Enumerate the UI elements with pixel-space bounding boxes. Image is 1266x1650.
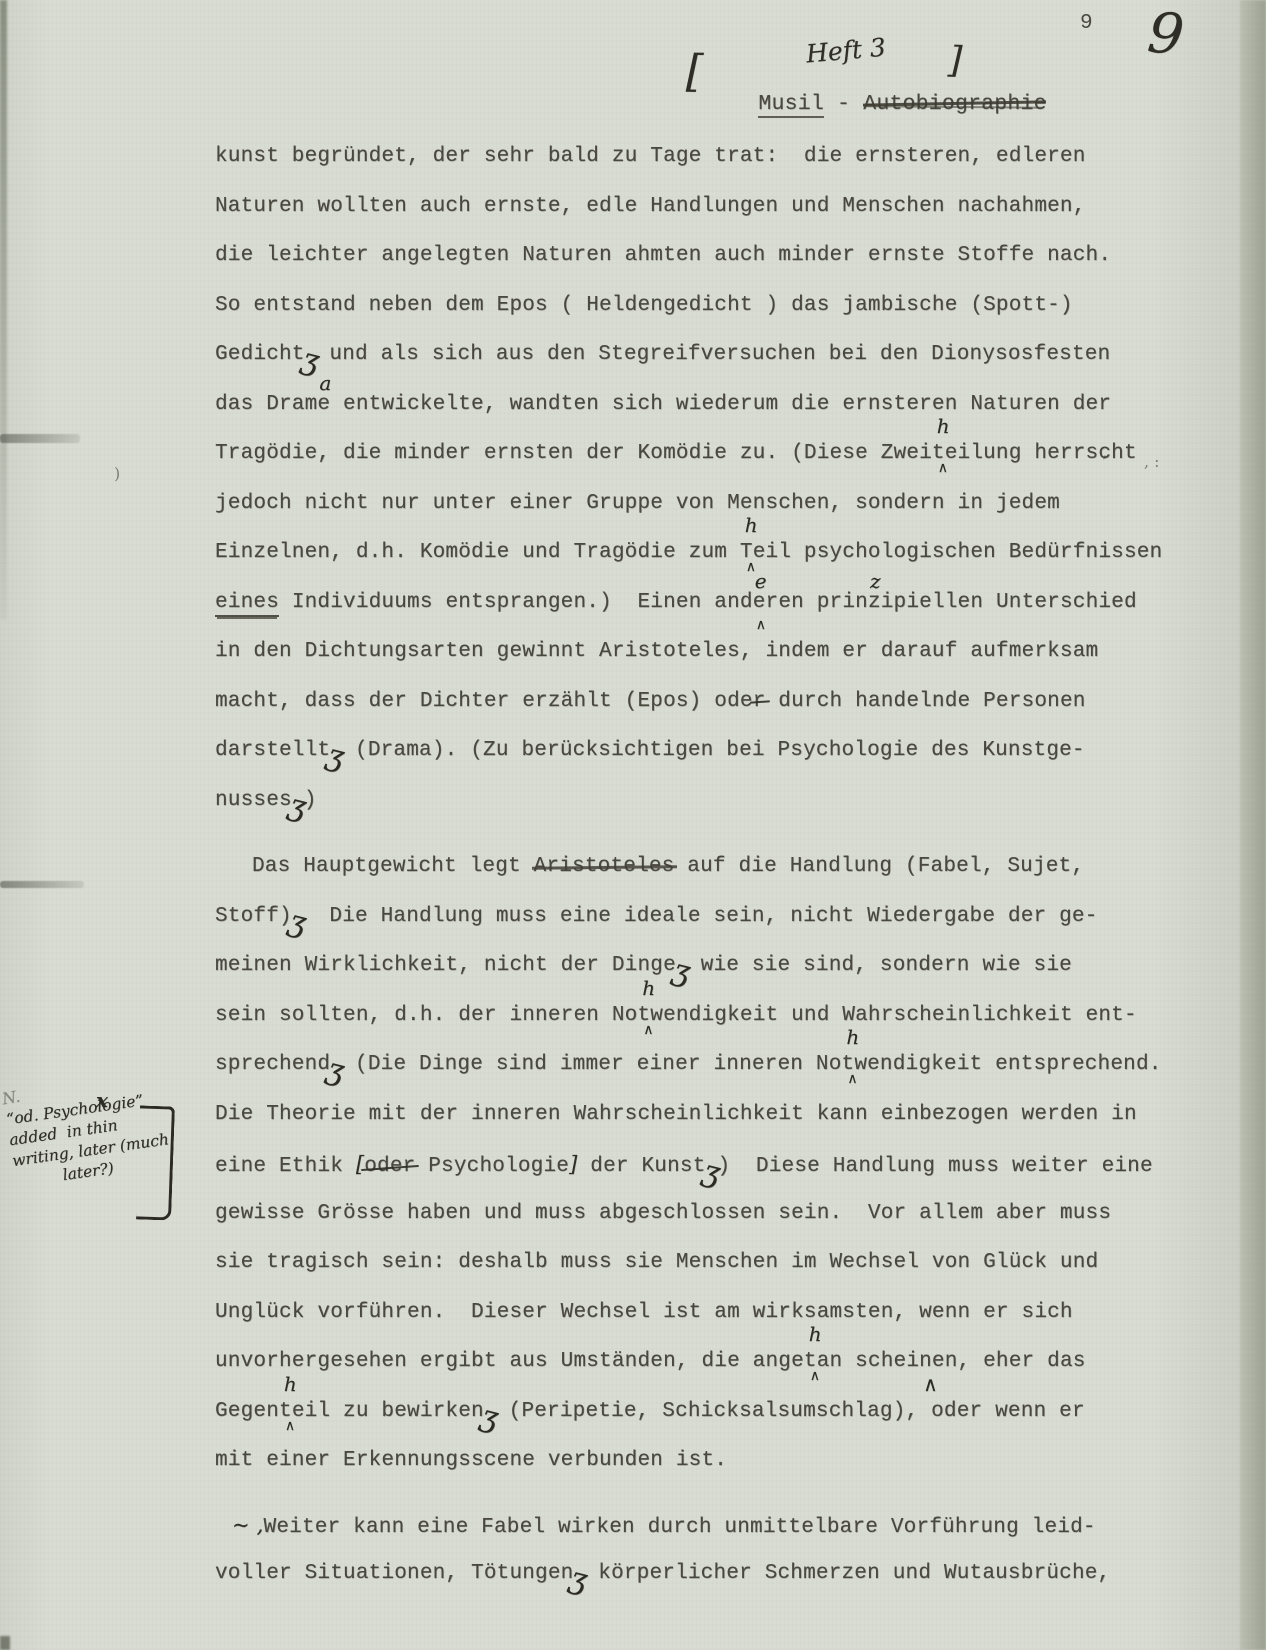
typed-text: Das Hauptgewicht legt [252, 855, 534, 878]
insertion-above-mark: h [809, 1322, 822, 1346]
typescript-line: in den Dichtungsarten gewinnt Aristotele… [215, 640, 1098, 664]
typed-text: Die Handlung muss eine ideale sein, nich… [304, 905, 1098, 928]
typed-text: wendigkeit und Wahrscheinlichkeit ent- [650, 1004, 1136, 1027]
typed-text: nusses [215, 789, 292, 812]
typed-text: voller Situationen, Tötungen [215, 1562, 573, 1585]
typescript-line: Unglück vorführen. Dieser Wechsel ist am… [215, 1301, 1073, 1325]
typescript-line: die leichter angelegten Naturen ahmten a… [215, 244, 1111, 268]
typed-text: Weiter kann eine Fabel wirken durch unmi… [264, 1516, 1096, 1539]
typed-text: gewisse Grösse haben und muss abgeschlos… [215, 1202, 1111, 1225]
typed-text: sprechend [215, 1053, 330, 1076]
typed-text: sie tragisch sein: deshalb muss sie Mens… [215, 1251, 1098, 1274]
typed-text: ee∧ [753, 591, 766, 614]
typescript-line: eines Individuums entsprangen.) Einen an… [215, 591, 1137, 615]
typescript-line: darstelltʒ (Drama). (Zu berücksichtigen … [215, 739, 1085, 763]
typed-text: jedoch nicht nur unter einer Gruppe von … [215, 492, 1060, 515]
typed-text: sein sollten, d.h. der inneren Not [215, 1004, 650, 1027]
typed-text: wie sie sind, sondern wie sie [688, 954, 1072, 977]
typed-text: ipiellen Unterschied [881, 591, 1137, 614]
insertion-above-mark: z [870, 569, 881, 593]
typed-text: durch handelnde Personen [766, 690, 1086, 713]
typed-text: ren prin [766, 591, 868, 614]
hand-struck-text: r [753, 690, 766, 713]
typed-text: Die Theorie mit der inneren Wahrscheinli… [215, 1103, 1137, 1126]
typed-text: mit einer Erkennungsscene verbunden ist. [215, 1449, 727, 1472]
typescript-line: nussesʒ) [215, 789, 317, 813]
deleatur-squiggle-mark: ʒ [703, 1171, 715, 1174]
underlined-text: eines [215, 591, 279, 617]
typescript-line: unvorhergesehen ergibt aus Umständen, di… [215, 1350, 1086, 1374]
deleatur-squiggle-mark: ʒ [327, 1069, 339, 1072]
typed-text: (Die Dinge sind immer einer inneren Not [342, 1053, 854, 1076]
typescript-line: Gegenth∧eil zu bewirkenʒ (Peripetie, Sch… [215, 1400, 1085, 1424]
typed-text: und als sich aus den Stegreifversuchen b… [317, 343, 1111, 366]
typed-text: So entstand neben dem Epos ( Heldengedic… [215, 294, 1073, 317]
typescript-line: gewisse Grösse haben und muss abgeschlos… [215, 1202, 1111, 1226]
typed-text: in den Dichtungsarten gewinnt Aristotele… [215, 640, 1098, 663]
typed-text: ) Diese Handlung muss weiter eine [718, 1155, 1153, 1178]
typed-text: der Kunst [577, 1155, 705, 1178]
typescript-line: Das Hauptgewicht legt Aristoteles auf di… [252, 855, 1084, 879]
stray-pencil-mark: ) [114, 464, 120, 483]
typescript-line: voller Situationen, Tötungenʒ körperlich… [215, 1562, 1110, 1586]
typed-page-number: 9 [1080, 12, 1093, 35]
typescript-line: kunst begründet, der sehr bald zu Tage t… [215, 145, 1086, 169]
margin-note: “od. Psychologie” added in thin writing,… [5, 1083, 205, 1193]
margin-smudge [0, 881, 84, 888]
typescript-line: Gedichtʒ und als sich aus den Stegreifve… [215, 343, 1110, 367]
typescript-line: So entstand neben dem Epos ( Heldengedic… [215, 294, 1073, 318]
typed-text: auf die Handlung (Fabel, Sujet, [674, 855, 1084, 878]
typescript-line: sein sollten, d.h. der inneren Noth∧wend… [215, 1004, 1137, 1028]
typescript-line: sprechendʒ (Die Dinge sind immer einer i… [215, 1053, 1162, 1077]
header-bracket-open: [ [686, 46, 704, 97]
typescript-line: das Dramea entwickelte, wandten sich wie… [215, 393, 1111, 417]
typed-text: macht, dass der Dichter erzählt (Epos) o… [215, 690, 753, 713]
typed-text: meinen Wirklichkeit, nicht der Dinge [215, 954, 676, 977]
typed-text: Einzelnen, d.h. Komödie und Tragödie zum… [215, 541, 753, 564]
handwritten-inline-text: [ [356, 1152, 364, 1176]
insertion-above-mark: h [937, 414, 950, 438]
typed-text: Tragödie, die minder ernsten der Komödie… [215, 442, 945, 465]
typed-text: eilung herrscht [945, 442, 1137, 465]
header-title: Musil - Autobiographie [706, 68, 1047, 140]
typescript-line: Die Theorie mit der inneren Wahrscheinli… [215, 1103, 1137, 1127]
typed-text: Gegent [215, 1400, 292, 1423]
typed-text: oder wenn er [931, 1400, 1085, 1423]
typescript-line: mit einer Erkennungsscene verbunden ist. [215, 1449, 727, 1473]
typed-text: (Drama). (Zu berücksichtigen bei Psychol… [342, 739, 1085, 762]
typed-text: Psychologie [415, 1155, 569, 1178]
typed-text: das Dram [215, 393, 317, 416]
hand-struck-text: oder [364, 1155, 415, 1178]
typescript-line: ~ ,Weiter kann eine Fabel wirken durch u… [232, 1513, 1096, 1540]
header-author: Musil [758, 92, 824, 118]
header-struck-word: Autobiographie [863, 92, 1046, 116]
typed-text: kunst begründet, der sehr bald zu Tage t… [215, 145, 1086, 168]
typed-text: darstellt [215, 739, 330, 762]
typed-text: eil psychologischen Bedürfnissen [753, 541, 1163, 564]
typed-text: Individuums entsprangen.) Einen and [279, 591, 753, 614]
header-handwritten-replacement: Heft 3 [805, 33, 887, 69]
typescript-line: Einzelnen, d.h. Komödie und Tragödie zum… [215, 541, 1162, 565]
insertion-above-mark: h [642, 976, 655, 1000]
typescript-line: Tragödie, die minder ernsten der Komödie… [215, 442, 1137, 466]
stray-pencil-mark: ’ [1102, 452, 1107, 471]
typed-text: Naturen wollten auch ernste, edle Handlu… [215, 195, 1086, 218]
insertion-above-mark: h [284, 1372, 297, 1396]
deleatur-squiggle-mark: ʒ [327, 755, 339, 758]
typed-text: Unglück vorführen. Dieser Wechsel ist am… [215, 1301, 1073, 1324]
header-bracket-close: ] [947, 40, 962, 81]
typed-text: entwickelte, wandten sich wiederum die e… [330, 393, 1111, 416]
typed-text: Gedicht [215, 343, 305, 366]
deleatur-squiggle-mark: ʒ [289, 920, 301, 923]
scan-corner-spot [0, 1636, 10, 1650]
stray-pencil-mark: , : [1144, 452, 1160, 471]
typescript-line: jedoch nicht nur unter einer Gruppe von … [215, 492, 1060, 516]
typed-text: wendigkeit entsprechend. [854, 1053, 1161, 1076]
caret-below-mark: ∧ [756, 613, 766, 637]
typed-text: zz [868, 591, 881, 614]
insertion-above-mark: e [755, 569, 767, 593]
typed-text: die leichter angelegten Naturen ahmten a… [215, 244, 1111, 267]
typed-text: ea [317, 393, 330, 416]
typescript-line: meinen Wirklichkeit, nicht der Dingeʒ wi… [215, 954, 1072, 978]
margin-smudge [0, 434, 80, 443]
header-dash: - [824, 92, 863, 116]
deleatur-squiggle-mark: ʒ [302, 359, 314, 362]
insertion-above-mark: a [319, 371, 331, 395]
deleatur-squiggle-mark: ʒ [481, 1415, 493, 1418]
deleatur-squiggle-mark: ʒ [289, 804, 301, 807]
deleatur-squiggle-mark: ʒ [571, 1578, 583, 1581]
typed-text: eine Ethik [215, 1155, 356, 1178]
typed-text: ) [304, 789, 317, 812]
deleatur-squiggle-mark: ʒ [673, 970, 685, 973]
insertion-above-mark: h [846, 1025, 859, 1049]
typed-struck-text: Aristoteles [534, 855, 675, 878]
typed-text: eil zu bewirken [292, 1400, 484, 1423]
manuscript-page: 9 9 [ Musil - Autobiographie Heft 3 ] ku… [0, 0, 1266, 1650]
typed-text: unvorhergesehen ergibt aus Umständen, di… [215, 1350, 817, 1373]
typescript-line: sie tragisch sein: deshalb muss sie Mens… [215, 1251, 1098, 1275]
typed-text: Stoff) [215, 905, 292, 928]
handwritten-inline-text: ~ , [232, 1513, 264, 1537]
scan-edge-left [0, 0, 7, 620]
typescript-line: Stoff)ʒ Die Handlung muss eine ideale se… [215, 905, 1098, 929]
typed-text: an scheinen, eher das [817, 1350, 1086, 1373]
insertion-above-mark: h [745, 513, 758, 537]
typescript-line: eine Ethik [oder Psychologie] der Kunstʒ… [215, 1152, 1153, 1179]
handwritten-page-number: 9 [1145, 0, 1187, 68]
insertion-above-mark: ∧ [923, 1372, 938, 1396]
scan-edge-right [1240, 0, 1266, 1650]
typed-text: körperlicher Schmerzen und Wutausbrüche, [585, 1562, 1110, 1585]
margin-note-prefix: N. [0, 1087, 21, 1109]
typed-text: (Peripetie, Schicksalsumschlag), [496, 1400, 931, 1423]
typescript-line: Naturen wollten auch ernste, edle Handlu… [215, 195, 1086, 219]
typescript-line: macht, dass der Dichter erzählt (Epos) o… [215, 690, 1086, 714]
